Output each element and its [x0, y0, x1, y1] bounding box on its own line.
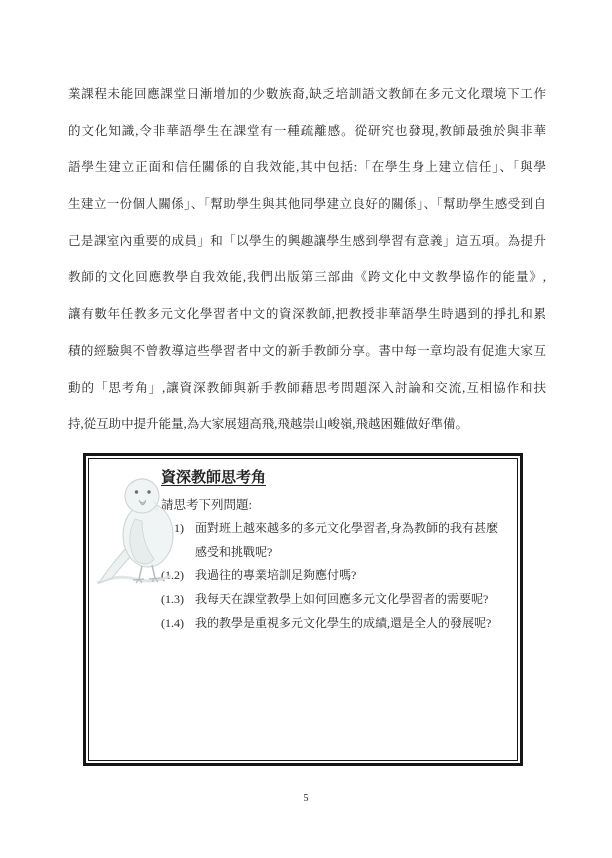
question-item: (1.2) 我過往的專業培訓足夠應付嗎? — [161, 564, 509, 588]
paragraph-line: 讓有數年任教多元文化學習者中文的資深教師,把教授非華語學生時遇到的掙扎和累 — [68, 296, 546, 333]
question-number: (1.3) — [161, 588, 195, 612]
body-paragraph: 業課程未能回應課堂日漸增加的少數族裔,缺乏培訓語文教師在多元文化環境下工作 的文… — [68, 76, 546, 443]
question-text: 面對班上越來越多的多元文化學習者,身為教師的我有甚麼感受和挑戰呢? — [195, 517, 509, 564]
paragraph-line: 持,從互助中提升能量,為大家展翅高飛,飛越崇山峻嶺,飛越困難做好準備。 — [68, 406, 546, 443]
question-item: (1.3) 我每天在課堂教學上如何回應多元文化學習者的需要呢? — [161, 588, 509, 612]
question-text: 我每天在課堂教學上如何回應多元文化學習者的需要呢? — [195, 588, 509, 612]
page-number: 5 — [0, 793, 612, 804]
paragraph-line: 積的經驗與不曾教導這些學習者中文的新手教師分享。書中每一章均設有促進大家互 — [68, 333, 546, 370]
question-item: (1.4) 我的教學是重視多元文化學生的成績,還是全人的發展呢? — [161, 612, 509, 636]
paragraph-line: 動的「思考角」,讓資深教師與新手教師藉思考問題深入討論和交流,互相協作和扶 — [68, 370, 546, 407]
document-page: 業課程未能回應課堂日漸增加的少數族裔,缺乏培訓語文教師在多元文化環境下工作 的文… — [0, 0, 612, 858]
box-title: 資深教師思考角 — [161, 467, 509, 489]
question-item: (1.1) 面對班上越來越多的多元文化學習者,身為教師的我有甚麼感受和挑戰呢? — [161, 517, 509, 564]
bird-icon — [95, 471, 195, 591]
question-text: 我過往的專業培訓足夠應付嗎? — [195, 564, 509, 588]
reflection-box-inner: 資深教師思考角 請思考下列問題: (1.1) 面對班上越來越多的多元文化學習者,… — [88, 458, 518, 761]
paragraph-line: 教師的文化回應教學自我效能,我們出版第三部曲《跨文化中文教學協作的能量》, — [68, 259, 546, 296]
reflection-box: 資深教師思考角 請思考下列問題: (1.1) 面對班上越來越多的多元文化學習者,… — [83, 453, 523, 766]
paragraph-line: 語學生建立正面和信任關係的自我效能,其中包括:「在學生身上建立信任」、「與學 — [68, 149, 546, 186]
paragraph-line: 業課程未能回應課堂日漸增加的少數族裔,缺乏培訓語文教師在多元文化環境下工作 — [68, 76, 546, 113]
paragraph-line: 生建立一份個人關係」、「幫助學生與其他同學建立良好的關係」、「幫助學生感受到自 — [68, 186, 546, 223]
question-text: 我的教學是重視多元文化學生的成績,還是全人的發展呢? — [195, 612, 509, 636]
question-number: (1.4) — [161, 612, 195, 636]
box-intro: 請思考下列問題: — [161, 493, 509, 517]
paragraph-line: 己是課室內重要的成員」和「以學生的興趣讓學生感到學習有意義」這五項。為提升 — [68, 223, 546, 260]
paragraph-line: 的文化知識,令非華語學生在課堂有一種疏離感。從研究也發現,教師最強於與非華 — [68, 113, 546, 150]
